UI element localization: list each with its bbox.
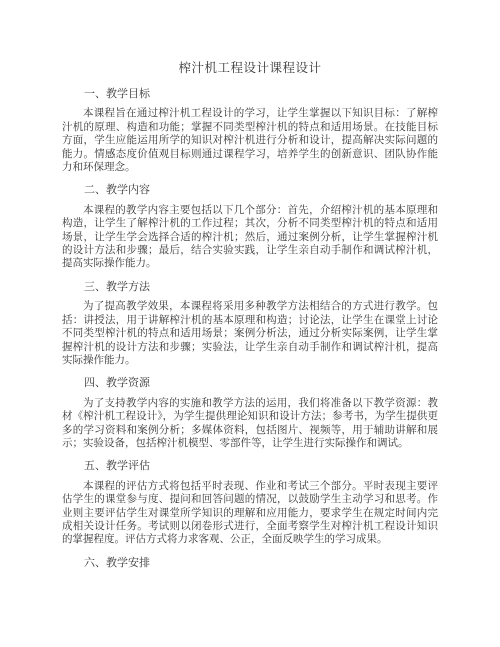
section-paragraph: 本课程的教学内容主要包括以下几个部分：首先，介绍榨汁机的基本原理和构造，让学生了… [62, 204, 438, 271]
section-paragraph: 本课程的评估方式将包括平时表现、作业和考试三个部分。平时表现主要评估学生的课堂参… [62, 480, 438, 547]
section-teaching-content: 二、教学内容 本课程的教学内容主要包括以下几个部分：首先，介绍榨汁机的基本原理和… [62, 184, 438, 270]
section-teaching-objectives: 一、教学目标 本课程旨在通过榨汁机工程设计的学习，让学生掌握以下知识目标：了解榨… [62, 88, 438, 174]
section-teaching-resources: 四、教学资源 为了支持教学内容的实施和教学方法的运用，我们将准备以下教学资源：教… [62, 377, 438, 450]
section-heading: 一、教学目标 [62, 88, 438, 101]
document-title: 榨汁机工程设计课程设计 [62, 61, 438, 76]
section-heading: 二、教学内容 [62, 184, 438, 197]
section-paragraph: 为了提高教学效果，本课程将采用多种教学方法相结合的方式进行教学。包括：讲授法，用… [62, 300, 438, 367]
section-heading: 三、教学方法 [62, 281, 438, 294]
section-paragraph: 为了支持教学内容的实施和教学方法的运用，我们将准备以下教学资源：教材《榨汁机工程… [62, 397, 438, 451]
section-heading: 六、教学安排 [62, 557, 438, 570]
document-page: 榨汁机工程设计课程设计 一、教学目标 本课程旨在通过榨汁机工程设计的学习，让学生… [0, 0, 500, 647]
section-paragraph: 本课程旨在通过榨汁机工程设计的学习，让学生掌握以下知识目标：了解榨汁机的原理、构… [62, 107, 438, 174]
section-teaching-schedule: 六、教学安排 [62, 557, 438, 570]
section-heading: 五、教学评估 [62, 460, 438, 473]
section-teaching-evaluation: 五、教学评估 本课程的评估方式将包括平时表现、作业和考试三个部分。平时表现主要评… [62, 460, 438, 546]
section-heading: 四、教学资源 [62, 377, 438, 390]
section-teaching-methods: 三、教学方法 为了提高教学效果，本课程将采用多种教学方法相结合的方式进行教学。包… [62, 281, 438, 367]
